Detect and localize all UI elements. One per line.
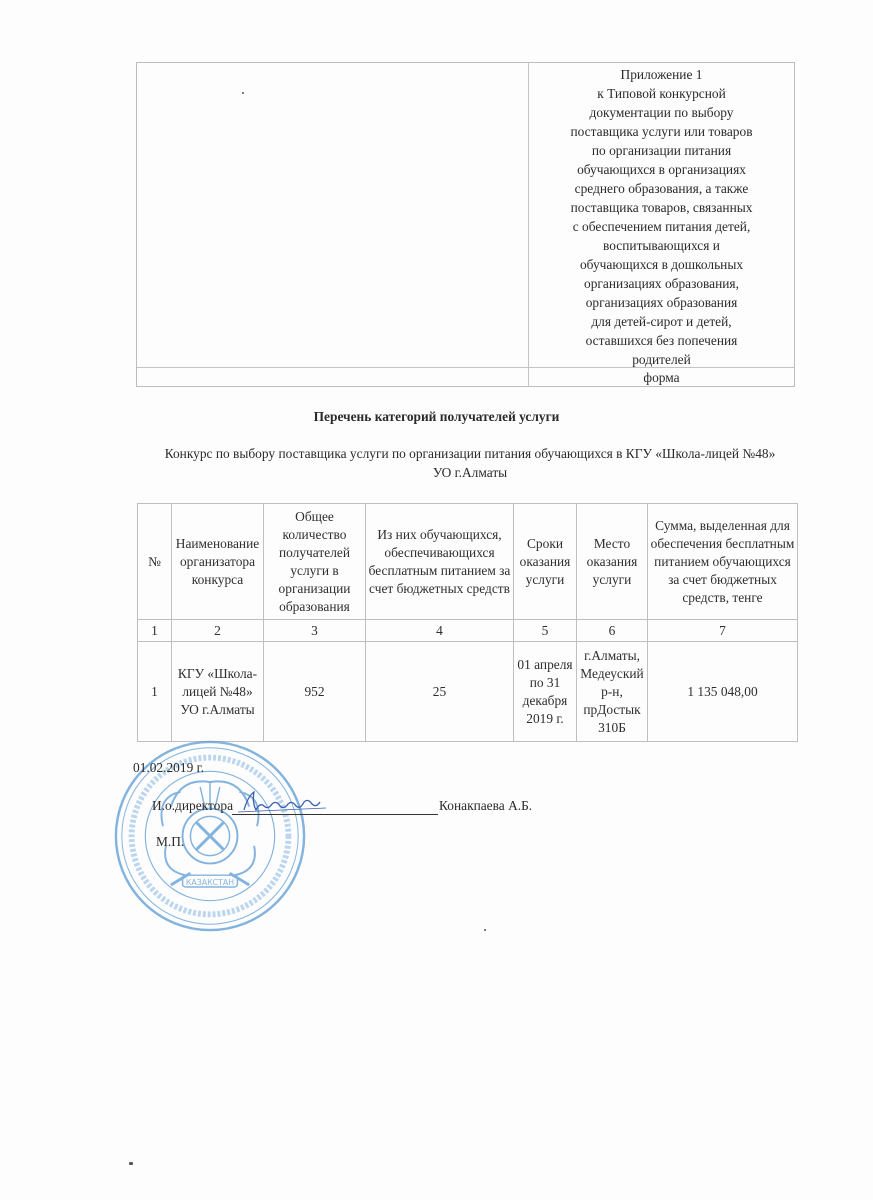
handwritten-signature-icon xyxy=(236,788,336,818)
appendix-line: воспитывающихся и xyxy=(529,236,794,255)
cell-organizer: КГУ «Школа-лицей №48» УО г.Алматы xyxy=(172,642,264,742)
column-number: 2 xyxy=(172,620,264,642)
appendix-line: организациях образования xyxy=(529,293,794,312)
scan-speck xyxy=(242,92,244,94)
appendix-line: обучающихся в дошкольных xyxy=(529,255,794,274)
column-number: 3 xyxy=(264,620,366,642)
column-number: 5 xyxy=(514,620,577,642)
cell-free-meal-students: 25 xyxy=(366,642,514,742)
appendix-header-table: Приложение 1 к Типовой конкурсной докуме… xyxy=(136,62,795,387)
table-row: 1 КГУ «Школа-лицей №48» УО г.Алматы 952 … xyxy=(138,642,798,742)
column-number: 4 xyxy=(366,620,514,642)
header-amount: Сумма, выделенная для обеспечения беспла… xyxy=(648,504,798,620)
recipients-table: № Наименование организатора конкурса Общ… xyxy=(137,503,798,742)
column-number: 6 xyxy=(577,620,648,642)
header-service-place: Место оказания услуги xyxy=(577,504,648,620)
appendix-line: организациях образования, xyxy=(529,274,794,293)
header-number: № xyxy=(138,504,172,620)
header-service-period: Сроки оказания услуги xyxy=(514,504,577,620)
scan-speck xyxy=(484,929,486,931)
appendix-line: родителей xyxy=(529,350,794,369)
appendix-line: Приложение 1 xyxy=(529,65,794,84)
seal-label: М.П. xyxy=(156,834,184,850)
cell-service-period: 01 апреля по 31 декабря 2019 г. xyxy=(514,642,577,742)
column-number-row: 1 2 3 4 5 6 7 xyxy=(138,620,798,642)
signer-name: Конакпаева А.Б. xyxy=(439,798,532,814)
appendix-line: обучающихся в организациях xyxy=(529,160,794,179)
document-date: 01.02.2019 г. xyxy=(133,760,204,776)
appendix-line: к Типовой конкурсной xyxy=(529,84,794,103)
appendix-line: оставшихся без попечения xyxy=(529,331,794,350)
scan-speck xyxy=(129,1162,133,1165)
header-free-meal-students: Из них обучающихся, обеспечивающихся бес… xyxy=(366,504,514,620)
form-label: форма xyxy=(529,368,794,387)
column-number: 1 xyxy=(138,620,172,642)
appendix-line: среднего образования, а также xyxy=(529,179,794,198)
appendix-line: поставщика товаров, связанных xyxy=(529,198,794,217)
table-header-row: № Наименование организатора конкурса Общ… xyxy=(138,504,798,620)
cell-service-place: г.Алматы, Медеуский р-н, прДостык 310Б xyxy=(577,642,648,742)
appendix-line: по организации питания xyxy=(529,141,794,160)
subtitle-line-1: Конкурс по выбору поставщика услуги по о… xyxy=(140,444,800,463)
column-number: 7 xyxy=(648,620,798,642)
appendix-line: документации по выбору xyxy=(529,103,794,122)
appendix-text: Приложение 1 к Типовой конкурсной докуме… xyxy=(529,65,794,369)
cell-amount: 1 135 048,00 xyxy=(648,642,798,742)
document-title: Перечень категорий получателей услуги xyxy=(0,409,873,425)
subtitle-line-2: УО г.Алматы xyxy=(140,463,800,482)
appendix-line: для детей-сирот и детей, xyxy=(529,312,794,331)
signer-position: И.о.директора xyxy=(152,798,233,814)
header-total-recipients: Общее количество получателей услуги в ор… xyxy=(264,504,366,620)
appendix-line: поставщика услуги или товаров xyxy=(529,122,794,141)
svg-text:КАЗАКСТАН: КАЗАКСТАН xyxy=(186,878,234,887)
document-subtitle: Конкурс по выбору поставщика услуги по о… xyxy=(140,444,800,482)
cell-number: 1 xyxy=(138,642,172,742)
cell-total-recipients: 952 xyxy=(264,642,366,742)
header-organizer: Наименование организатора конкурса xyxy=(172,504,264,620)
appendix-line: с обеспечением питания детей, xyxy=(529,217,794,236)
